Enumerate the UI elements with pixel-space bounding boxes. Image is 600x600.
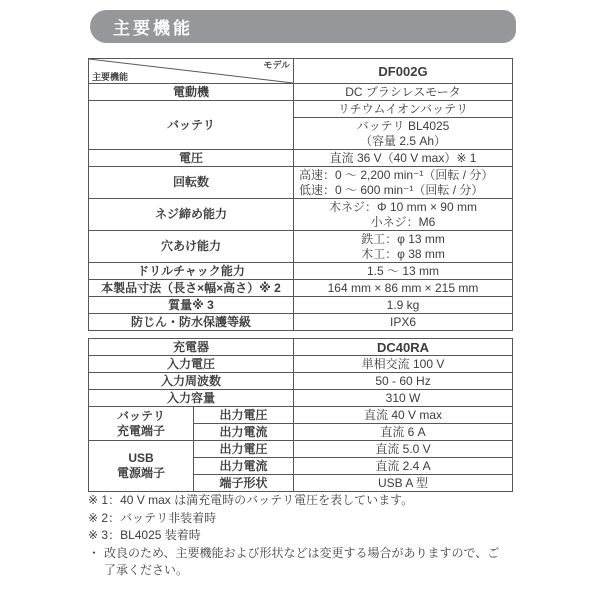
spec-value: 310 W <box>294 390 513 407</box>
footnote-3: ※ 3：BL4025 装着時 <box>88 527 520 545</box>
spec-label: 電動機 <box>89 84 294 101</box>
group-label-line: 充電端子 <box>89 424 193 439</box>
battery-terminal-group-label: バッテリ 充電端子 <box>89 407 194 441</box>
spec-value: DC ブラシレスモータ <box>294 84 513 101</box>
spec-label: 本製品寸法（長さ×幅×高さ）※ 2 <box>89 280 294 297</box>
spec-value: 直流 36 V（40 V max）※ 1 <box>294 150 513 167</box>
spec-value: 直流 6 A <box>294 424 513 441</box>
spec-label: バッテリ <box>89 101 294 150</box>
spec-label: ドリルチャック能力 <box>89 263 294 280</box>
footnote-2: ※ 2：バッテリ非装着時 <box>88 510 520 528</box>
drill-steel-line: 鉄工：φ 13 mm <box>294 232 512 247</box>
corner-label-section: 主要機能 <box>92 72 128 82</box>
row-dimensions: 本製品寸法（長さ×幅×高さ）※ 2 164 mm × 86 mm × 215 m… <box>89 280 513 297</box>
spec-label: 入力電圧 <box>89 356 294 373</box>
row-input-capacity: 入力容量 310 W <box>89 390 513 407</box>
spec-value: 直流 2.4 A <box>294 458 513 475</box>
spec-value: 鉄工：φ 13 mm 木工：φ 38 mm <box>294 231 513 263</box>
bullet-marker: ・ <box>88 545 104 580</box>
row-usb-terminal-voltage: USB 電源端子 出力電圧 直流 5.0 V <box>89 441 513 458</box>
footnotes: ※ 1：40 V max は満充電時のバッテリ電圧を表しています。 ※ 2：バッ… <box>88 492 520 580</box>
spec-label: 入力周波数 <box>89 373 294 390</box>
row-motor: 電動機 DC ブラシレスモータ <box>89 84 513 101</box>
spec-label: 穴あけ能力 <box>89 231 294 263</box>
spec-value: IPX6 <box>294 314 513 331</box>
row-input-voltage: 入力電圧 単相交流 100 V <box>89 356 513 373</box>
main-spec-table: モデル 主要機能 DF002G 電動機 DC ブラシレスモータ バッテリ リチウ… <box>88 58 513 331</box>
spec-label: ネジ締め能力 <box>89 199 294 231</box>
spec-label: 質量※ 3 <box>89 297 294 314</box>
spec-sheet-page: 主要機能 モデル 主要機能 DF002G 電動機 DC ブラシレスモータ バッテ… <box>0 0 600 600</box>
spec-value: リチウムイオンバッテリ <box>294 101 513 118</box>
charger-model-value: DC40RA <box>294 339 513 356</box>
section-title: 主要機能 <box>90 14 193 39</box>
spec-value: 単相交流 100 V <box>294 356 513 373</box>
spec-value: 1.5 ～ 13 mm <box>294 263 513 280</box>
table-corner-cell: モデル 主要機能 <box>89 59 294 84</box>
usb-terminal-group-label: USB 電源端子 <box>89 441 194 492</box>
spec-label: 入力容量 <box>89 390 294 407</box>
spec-value: 直流 5.0 V <box>294 441 513 458</box>
row-rotation-speed: 回転数 高速：0 ～ 2,200 min⁻¹（回転 / 分） 低速：0 ～ 60… <box>89 167 513 199</box>
spec-value: 高速：0 ～ 2,200 min⁻¹（回転 / 分） 低速：0 ～ 600 mi… <box>294 167 513 199</box>
spec-value: 1.9 kg <box>294 297 513 314</box>
row-battery-type: バッテリ リチウムイオンバッテリ <box>89 101 513 118</box>
row-input-frequency: 入力周波数 50 - 60 Hz <box>89 373 513 390</box>
footnote-1: ※ 1：40 V max は満充電時のバッテリ電圧を表しています。 <box>88 492 520 510</box>
speed-low-line: 低速：0 ～ 600 min⁻¹（回転 / 分） <box>299 183 512 198</box>
spec-value: バッテリ BL4025 （容量 2.5 Ah） <box>294 118 513 150</box>
screw-wood-line: 木ネジ：Φ 10 mm × 90 mm <box>294 200 512 215</box>
spec-label: 端子形状 <box>194 475 294 492</box>
row-drilling-capacity: 穴あけ能力 鉄工：φ 13 mm 木工：φ 38 mm <box>89 231 513 263</box>
group-label-line: USB <box>89 451 193 466</box>
drill-wood-line: 木工：φ 38 mm <box>294 247 512 262</box>
spec-value: USB A 型 <box>294 475 513 492</box>
spec-value: 164 mm × 86 mm × 215 mm <box>294 280 513 297</box>
battery-model-line: バッテリ BL4025 <box>294 119 512 134</box>
speed-high-line: 高速：0 ～ 2,200 min⁻¹（回転 / 分） <box>299 168 512 183</box>
spec-label: 回転数 <box>89 167 294 199</box>
row-battery-terminal-voltage: バッテリ 充電端子 出力電圧 直流 40 V max <box>89 407 513 424</box>
screw-machine-line: 小ネジ：M6 <box>294 215 512 230</box>
corner-label-model: モデル <box>263 60 290 70</box>
spec-value: 直流 40 V max <box>294 407 513 424</box>
row-charger: 充電器 DC40RA <box>89 339 513 356</box>
row-protection-rating: 防じん・防水保護等級 IPX6 <box>89 314 513 331</box>
group-label-line: バッテリ <box>89 409 193 424</box>
charger-spec-table: 充電器 DC40RA 入力電圧 単相交流 100 V 入力周波数 50 - 60… <box>88 338 513 492</box>
spec-value: 木ネジ：Φ 10 mm × 90 mm 小ネジ：M6 <box>294 199 513 231</box>
row-screw-capacity: ネジ締め能力 木ネジ：Φ 10 mm × 90 mm 小ネジ：M6 <box>89 199 513 231</box>
spec-label: 出力電圧 <box>194 441 294 458</box>
spec-label: 電圧 <box>89 150 294 167</box>
row-chuck-capacity: ドリルチャック能力 1.5 ～ 13 mm <box>89 263 513 280</box>
notice-text: 改良のため、主要機能および形状などは変更する場合がありますので、ご了承ください。 <box>104 545 508 580</box>
spec-label: 出力電流 <box>194 424 294 441</box>
spec-label: 防じん・防水保護等級 <box>89 314 294 331</box>
group-label-line: 電源端子 <box>89 466 193 481</box>
spec-label: 出力電圧 <box>194 407 294 424</box>
row-voltage: 電圧 直流 36 V（40 V max）※ 1 <box>89 150 513 167</box>
spec-value: 50 - 60 Hz <box>294 373 513 390</box>
header-row: モデル 主要機能 DF002G <box>89 59 513 84</box>
improvement-notice: ・ 改良のため、主要機能および形状などは変更する場合がありますので、ご了承くださ… <box>88 545 520 580</box>
spec-label: 出力電流 <box>194 458 294 475</box>
model-number-value: DF002G <box>294 59 513 84</box>
row-mass: 質量※ 3 1.9 kg <box>89 297 513 314</box>
spec-label: 充電器 <box>89 339 294 356</box>
battery-capacity-line: （容量 2.5 Ah） <box>294 134 512 149</box>
section-title-badge: 主要機能 <box>90 10 516 43</box>
